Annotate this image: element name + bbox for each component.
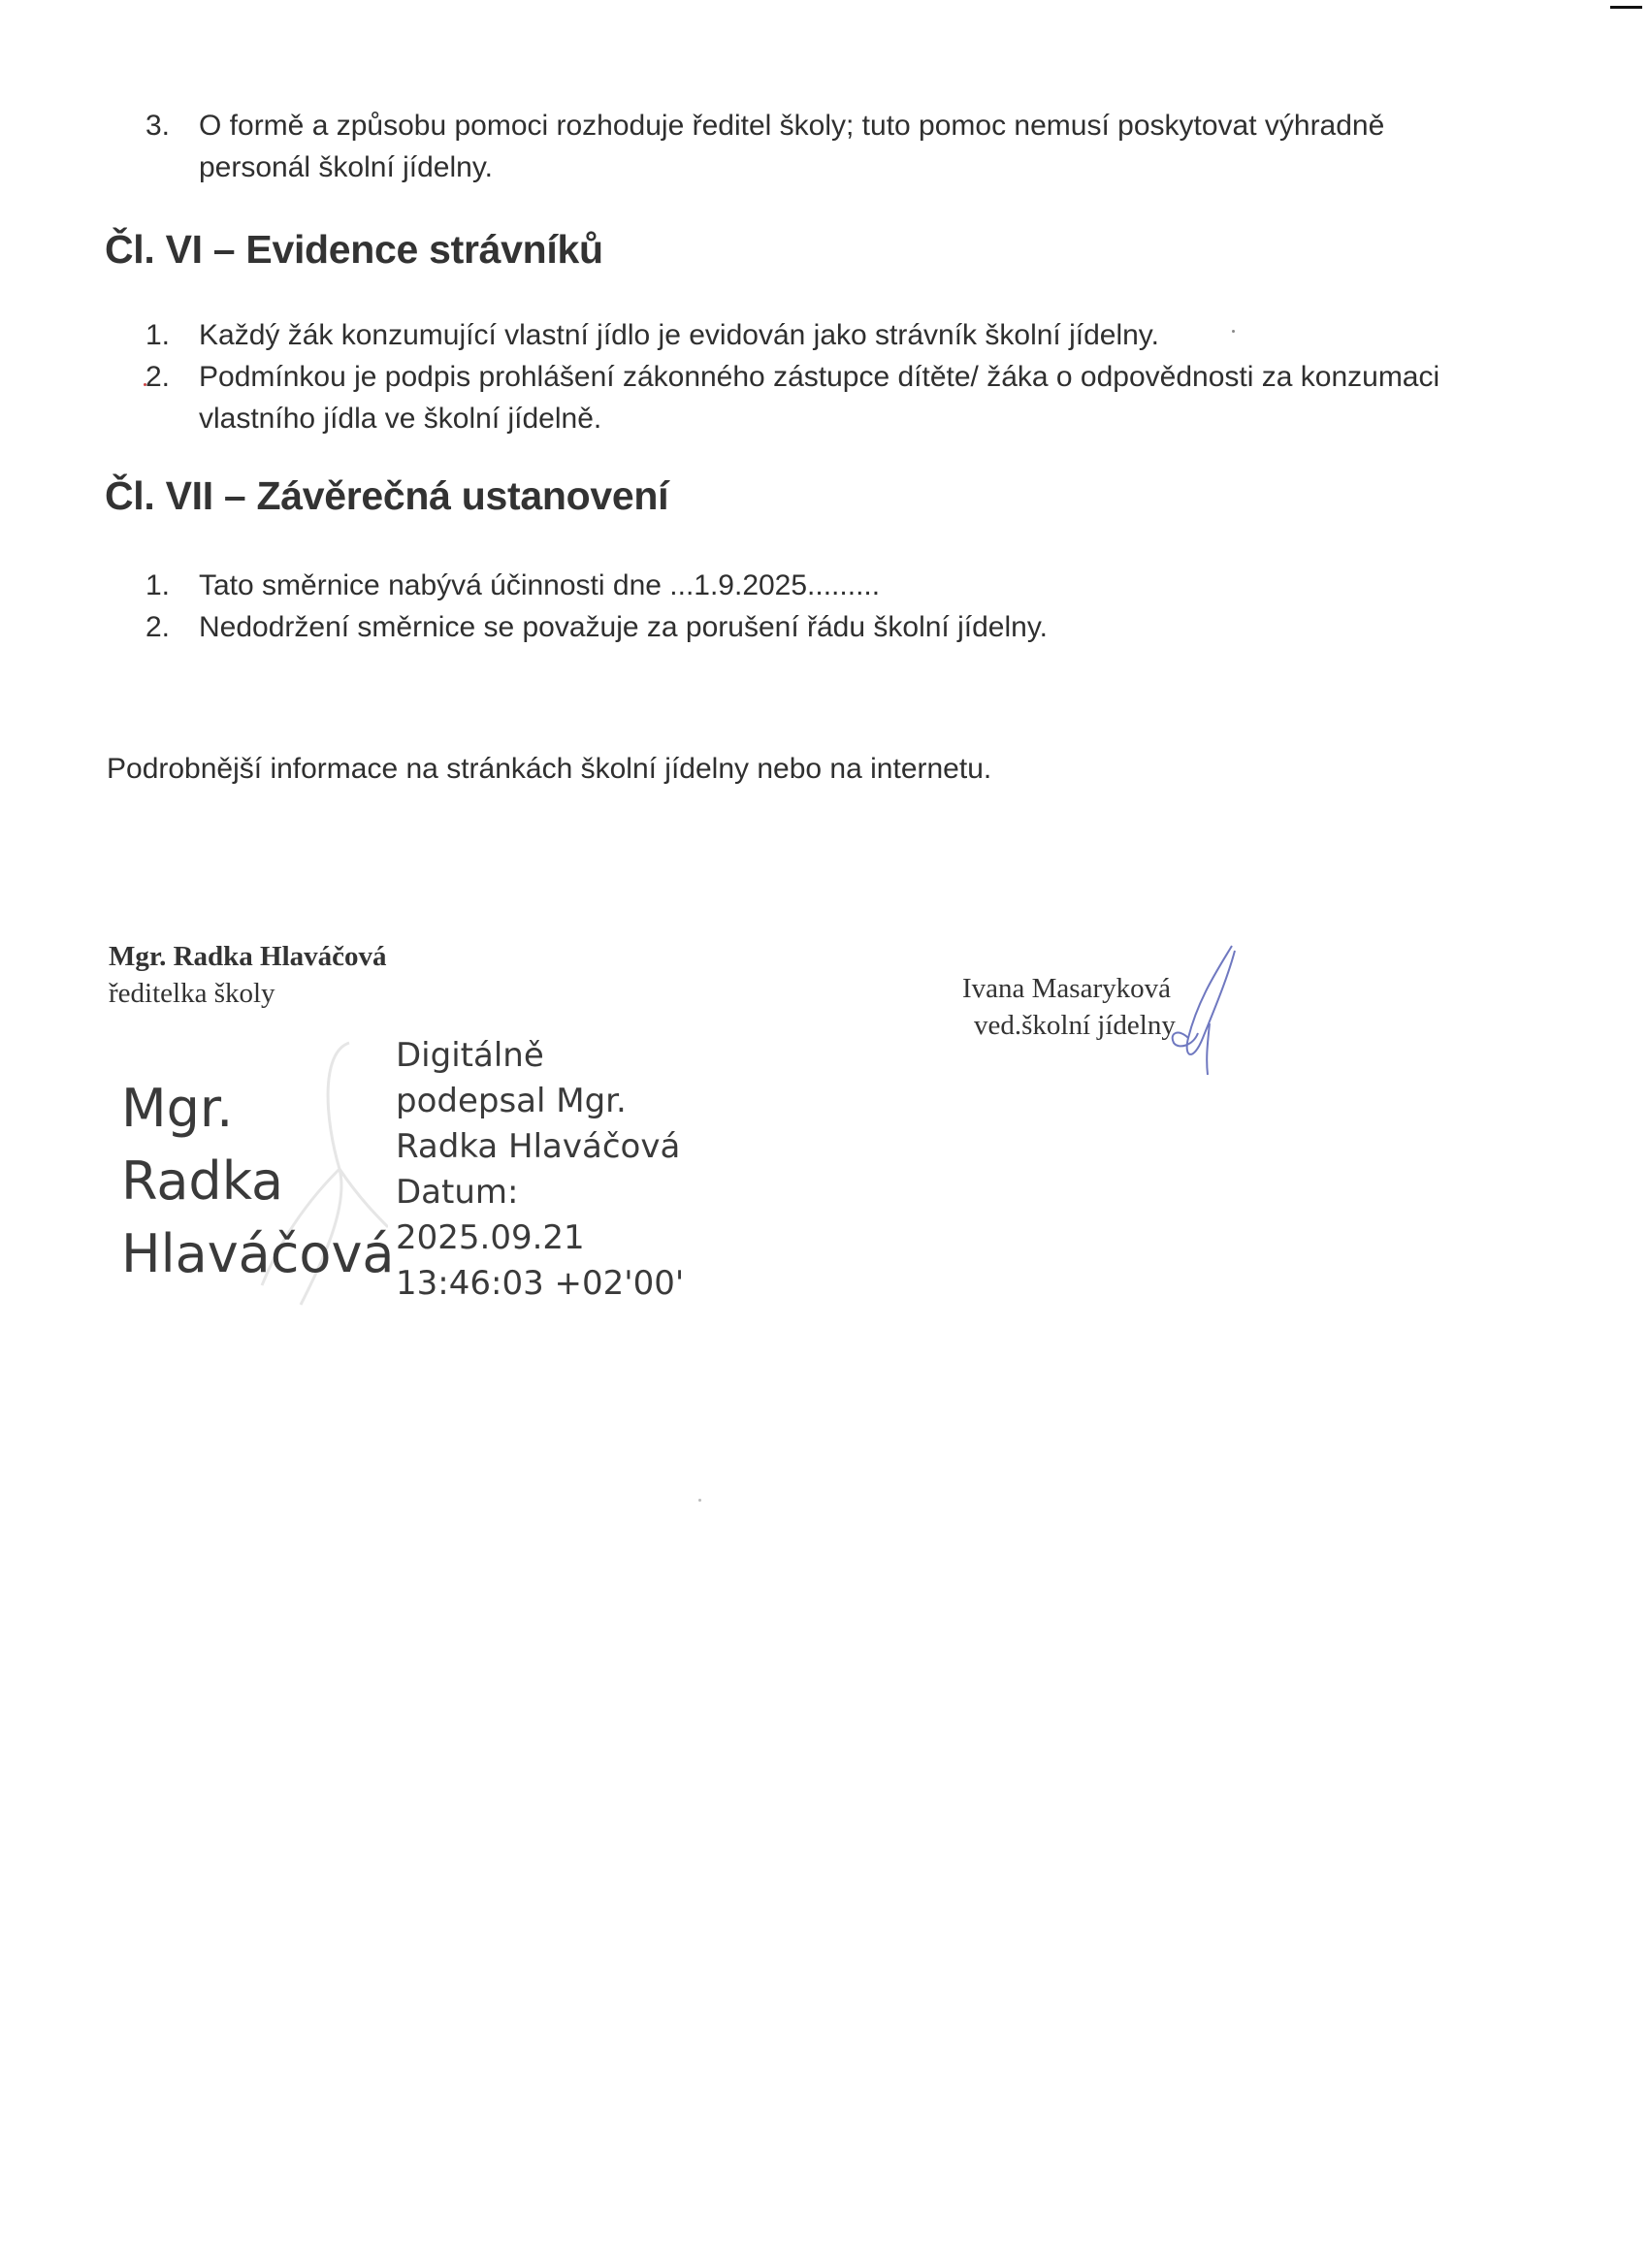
item-number: 2. — [145, 356, 170, 398]
digital-signature-detail-line: Digitálně — [396, 1036, 544, 1075]
list-item: 3. O formě a způsobu pomoci rozhoduje ře… — [145, 105, 1384, 188]
scan-speck — [1232, 330, 1235, 333]
canteen-head-role: ved.školní jídelny — [962, 1007, 1176, 1044]
section-heading-vii: Čl. VII – Závěrečná ustanovení — [105, 473, 668, 519]
digital-signature-details: Digitálně podepsal Mgr. Radka Hlaváčová … — [396, 1033, 684, 1307]
list-item: 1. Tato směrnice nabývá účinnosti dne ..… — [145, 565, 1048, 606]
handwritten-signature-icon — [1159, 941, 1246, 1077]
digital-signature-name-line: Radka — [121, 1150, 283, 1212]
section-vi-list: 1. Každý žák konzumující vlastní jídlo j… — [145, 314, 1439, 439]
item-text-line: Nedodržení směrnice se považuje za poruš… — [199, 611, 1048, 643]
section-vii-list: 1. Tato směrnice nabývá účinnosti dne ..… — [145, 565, 1048, 648]
item-number: 1. — [145, 314, 170, 356]
digital-signature-name-line: Hlaváčová — [121, 1223, 395, 1284]
digital-signature-stamp: Mgr. Radka Hlaváčová Digitálně podepsal … — [121, 1033, 703, 1314]
item-number: 3. — [145, 105, 170, 146]
digital-signature-detail-line: Datum: — [396, 1173, 518, 1212]
list-item: 1. Každý žák konzumující vlastní jídlo j… — [145, 314, 1439, 356]
item-number: 1. — [145, 565, 170, 606]
scan-speck — [144, 383, 146, 386]
scan-speck — [698, 1499, 701, 1502]
digital-signature-detail-line: Radka Hlaváčová — [396, 1127, 680, 1166]
director-role: ředitelka školy — [109, 978, 275, 1010]
item-number: 2. — [145, 606, 170, 648]
item-text-line: personál školní jídelny. — [199, 151, 493, 183]
list-item: 2. Nedodržení směrnice se považuje za po… — [145, 606, 1048, 648]
list-item: 2. Podmínkou je podpis prohlášení zákonn… — [145, 356, 1439, 439]
item-text-line: O formě a způsobu pomoci rozhoduje ředit… — [199, 110, 1384, 142]
digital-signature-name: Mgr. Radka Hlaváčová — [121, 1072, 395, 1290]
canteen-head-name: Ivana Masaryková — [962, 973, 1171, 1004]
item-text-line: Podmínkou je podpis prohlášení zákonného… — [199, 361, 1439, 393]
digital-signature-name-line: Mgr. — [121, 1078, 233, 1139]
item-text-line: vlastního jídla ve školní jídelně. — [199, 403, 601, 435]
digital-signature-time: 13:46:03 +02'00' — [396, 1264, 684, 1303]
page-corner-mark — [1610, 6, 1642, 9]
canteen-head-signature: Ivana Masaryková ved.školní jídelny — [962, 970, 1176, 1044]
item-text-line: Tato směrnice nabývá účinnosti dne ...1.… — [199, 569, 880, 601]
digital-signature-detail-line: podepsal Mgr. — [396, 1082, 627, 1120]
section-heading-vi: Čl. VI – Evidence strávníků — [105, 227, 603, 273]
info-note: Podrobnější informace na stránkách školn… — [107, 753, 991, 786]
item-text-line: Každý žák konzumující vlastní jídlo je e… — [199, 319, 1159, 351]
digital-signature-date: 2025.09.21 — [396, 1218, 585, 1257]
section-v-list: 3. O formě a způsobu pomoci rozhoduje ře… — [145, 105, 1384, 188]
director-name: Mgr. Radka Hlaváčová — [109, 941, 387, 973]
